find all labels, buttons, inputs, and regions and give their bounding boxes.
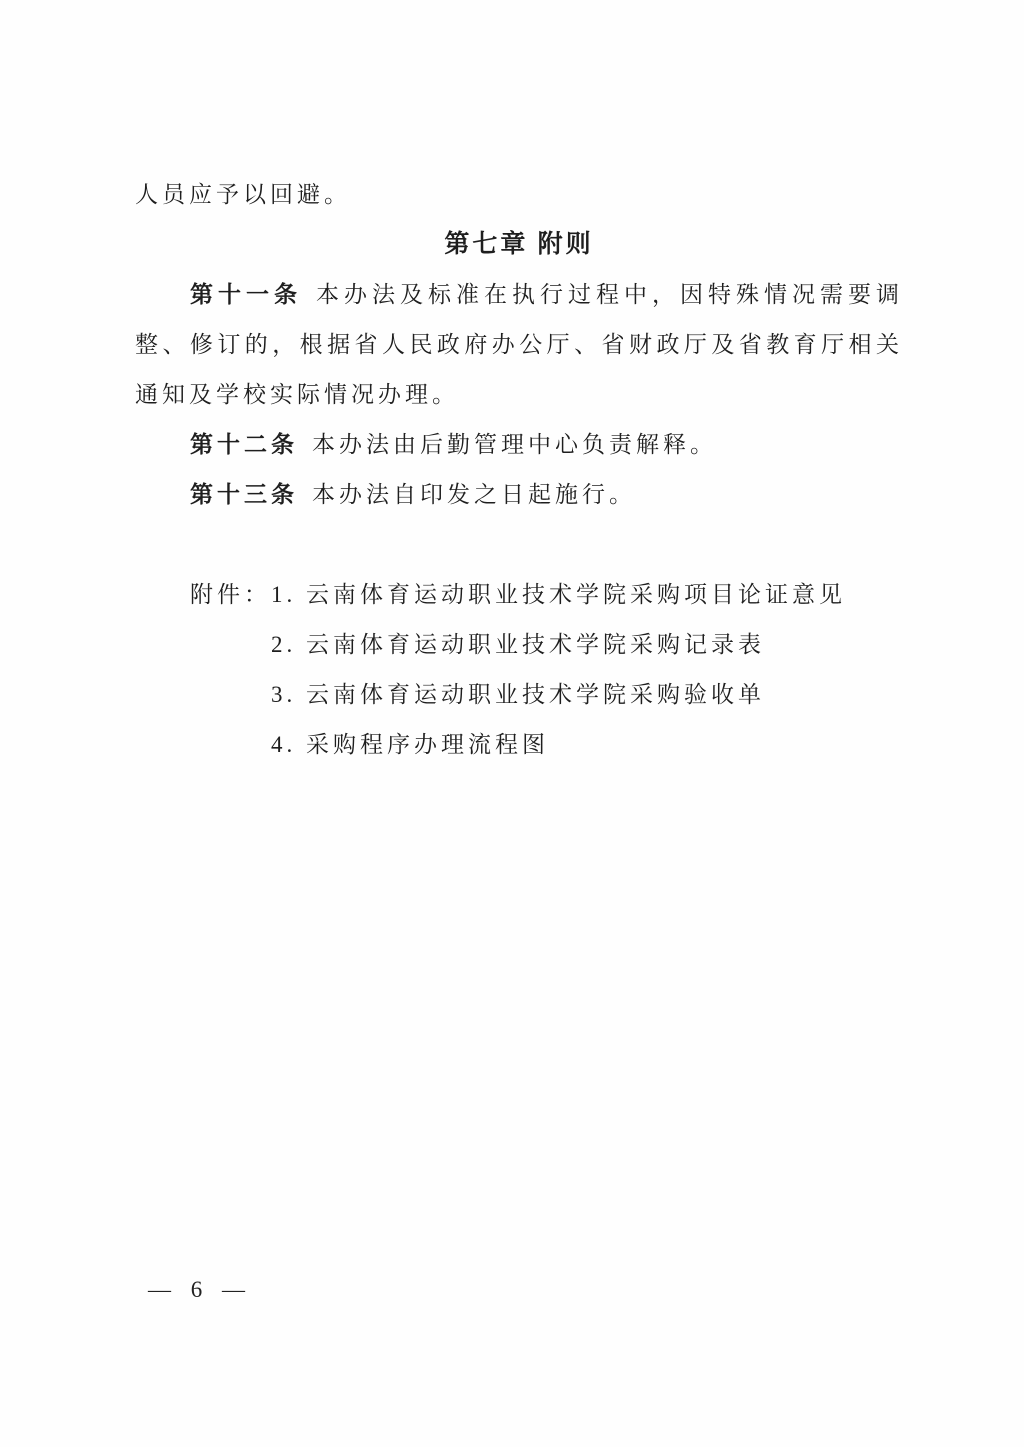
article-12-label: 第十二条 [190,432,298,457]
page-number: — 6 — [148,1277,252,1302]
article-11: 第十一条本办法及标准在执行过程中，因特殊情况需要调整、修订的，根据省人民政府办公… [135,270,903,420]
article-13: 第十三条本办法自印发之日起施行。 [135,470,903,520]
article-12-text: 本办法由后勤管理中心负责解释。 [312,432,717,457]
article-13-label: 第十三条 [190,482,298,507]
attachment-item-4: 4. 采购程序办理流程图 [271,720,903,770]
article-11-label: 第十一条 [190,282,302,307]
article-13-text: 本办法自印发之日起施行。 [312,482,636,507]
attachments-block: 附件： 1. 云南体育运动职业技术学院采购项目论证意见 2. 云南体育运动职业技… [135,570,903,770]
chapter-heading: 第七章 附则 [135,220,903,270]
attachment-item-3: 3. 云南体育运动职业技术学院采购验收单 [271,670,903,720]
document-page: 人员应予以回避。 第七章 附则 第十一条本办法及标准在执行过程中，因特殊情况需要… [0,0,1024,1447]
paragraph-continuation: 人员应予以回避。 [135,170,903,220]
attachment-item-2: 2. 云南体育运动职业技术学院采购记录表 [271,620,903,670]
article-12: 第十二条本办法由后勤管理中心负责解释。 [135,420,903,470]
attachment-item-1: 1. 云南体育运动职业技术学院采购项目论证意见 [271,570,903,620]
attachments-label: 附件： [190,570,271,620]
page-footer: — 6 — [148,1270,252,1310]
attachments-list: 1. 云南体育运动职业技术学院采购项目论证意见 2. 云南体育运动职业技术学院采… [271,570,903,770]
document-body: 人员应予以回避。 第七章 附则 第十一条本办法及标准在执行过程中，因特殊情况需要… [135,170,903,770]
